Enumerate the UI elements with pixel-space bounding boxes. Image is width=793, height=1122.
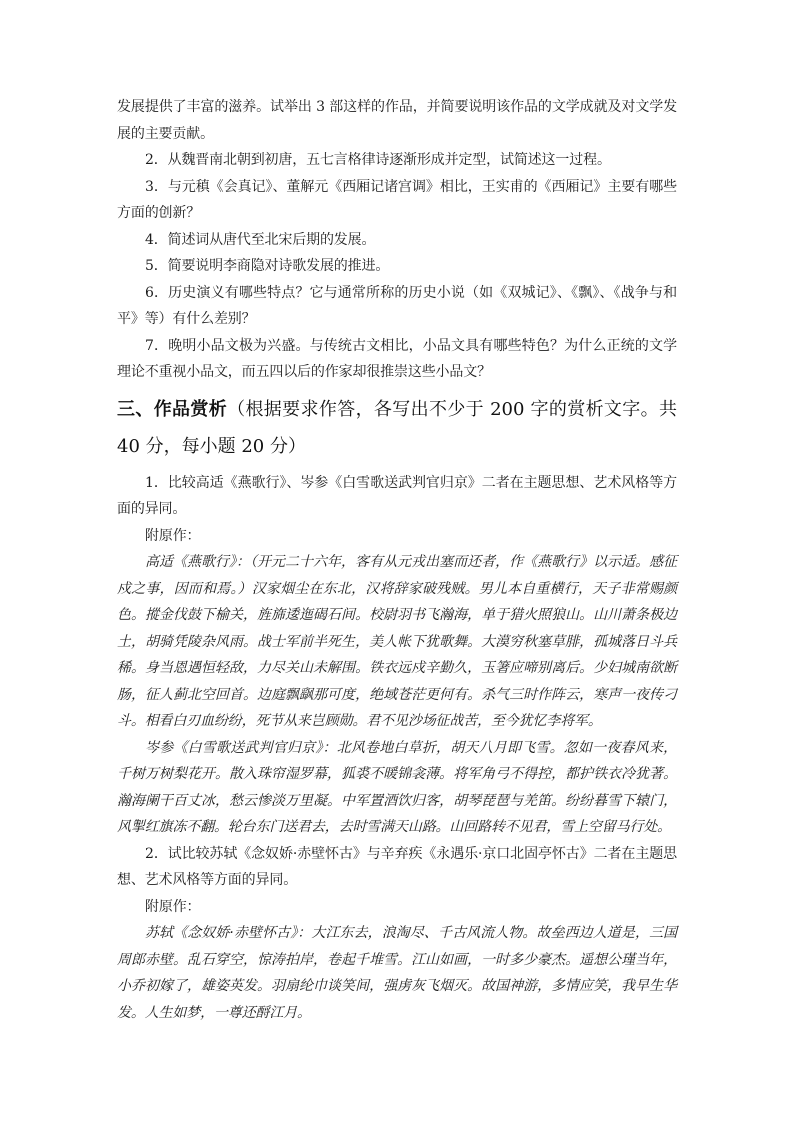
appreciation-question-2: 2．试比较苏轼《念奴娇·赤壁怀古》与辛弃疾《永遇乐·京口北固亭怀古》二者在主题思… [117,841,677,894]
document-content: 发展提供了丰富的滋养。试举出 3 部这样的作品，并简要说明该作品的文学成就及对文… [117,94,677,1026]
appreciation-question-1: 1．比较高适《燕歌行》、岑参《白雪歌送武判官归京》二者在主题思想、艺术风格等方面… [117,470,677,523]
question-item-5: 5．简要说明李商隐对诗歌发展的推进。 [117,253,677,280]
attached-original-label-2: 附原作： [117,894,677,921]
question-item-2: 2．从魏晋南北朝到初唐，五七言格律诗逐渐形成并定型，试简述这一过程。 [117,147,677,174]
attached-original-label-1: 附原作： [117,523,677,550]
document-page: 发展提供了丰富的滋养。试举出 3 部这样的作品，并简要说明该作品的文学成就及对文… [0,0,793,1122]
section-three-heading-title: 三、作品赏析 [117,399,227,420]
question-item-3: 3．与元稹《会真记》、董解元《西厢记诸宫调》相比，王实甫的《西厢记》主要有哪些方… [117,174,677,227]
poem-sushi-niannujiao: 苏轼《念奴娇·赤壁怀古》：大江东去，浪淘尽、千古风流人物。故垒西边人道是，三国周… [117,920,677,1026]
section-three-heading: 三、作品赏析（根据要求作答，各写出不少于 200 字的赏析文字。共 40 分，每… [117,391,677,466]
poem-gaoshi-yangexing: 高适《燕歌行》：（开元二十六年，客有从元戎出塞而还者，作《燕歌行》以示适。感征戍… [117,549,677,735]
continuation-paragraph: 发展提供了丰富的滋养。试举出 3 部这样的作品，并简要说明该作品的文学成就及对文… [117,94,677,147]
question-item-7: 7．晚明小品文极为兴盛。与传统古文相比，小品文具有哪些特色？为什么正统的文学理论… [117,333,677,386]
question-item-6: 6．历史演义有哪些特点？它与通常所称的历史小说（如《双城记》、《飘》、《战争与和… [117,280,677,333]
question-item-4: 4．简述词从唐代至北宋后期的发展。 [117,227,677,254]
poem-censhen-baixuege: 岑参《白雪歌送武判官归京》：北风卷地白草折，胡天八月即飞雪。忽如一夜春风来，千树… [117,735,677,841]
